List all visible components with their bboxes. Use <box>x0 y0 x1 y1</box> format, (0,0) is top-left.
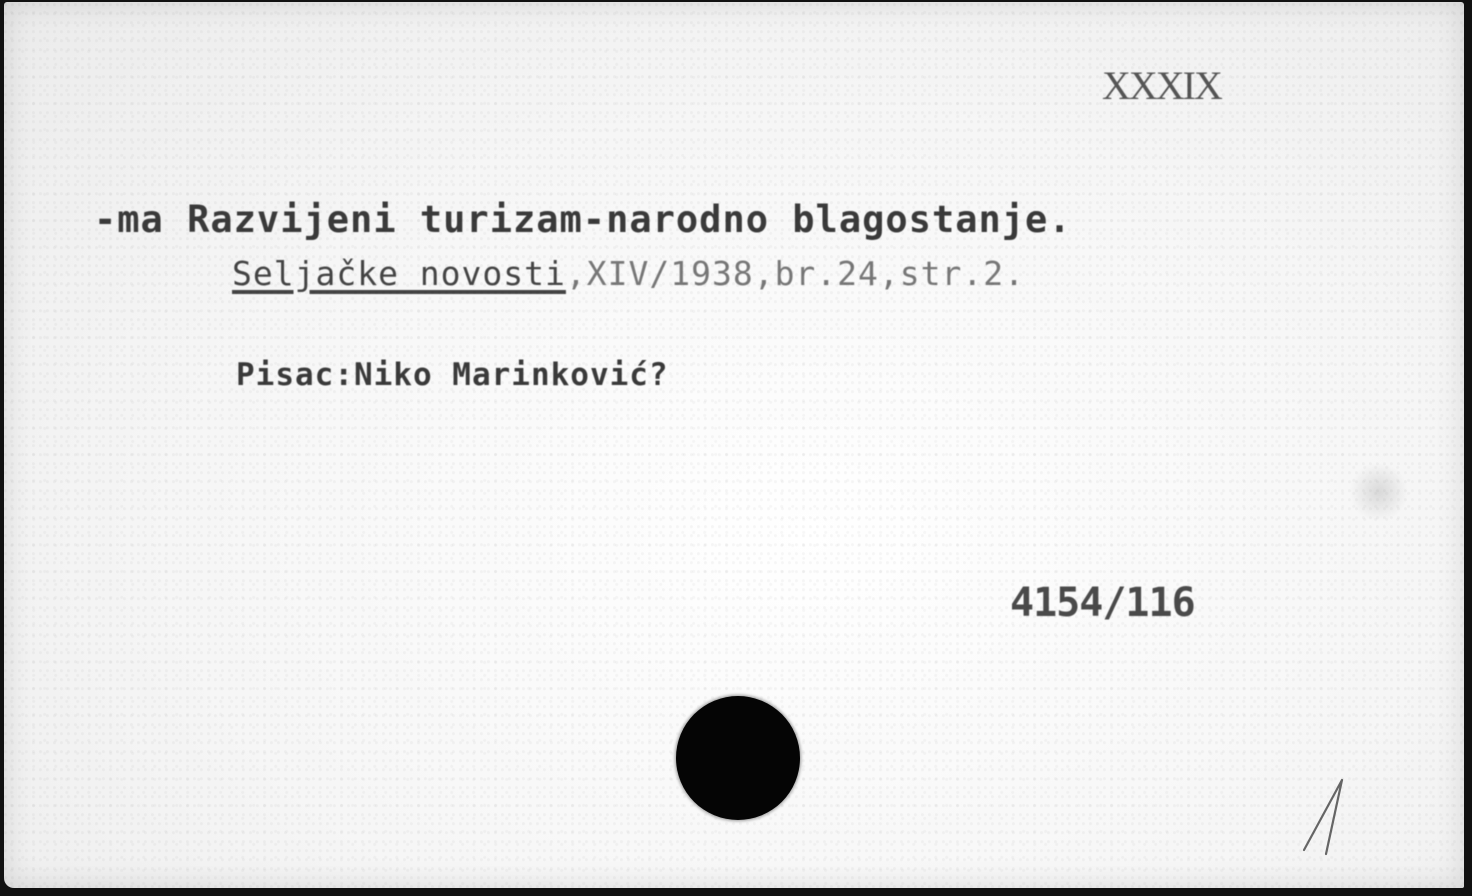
entry-prefix: -ma <box>94 198 164 241</box>
call-number: 4154/116 <box>1010 580 1195 626</box>
source-details: ,XIV/1938,br.24,str.2. <box>566 254 1025 293</box>
catalog-card: XXXIX -ma Razvijeni turizam-narodno blag… <box>4 2 1464 888</box>
entry-source-line: Seljačke novosti,XIV/1938,br.24,str.2. <box>232 254 1025 293</box>
section-number: XXXIX <box>1102 62 1221 109</box>
author-line: Pisac:Niko Marinković? <box>236 357 669 393</box>
pencil-mark-icon <box>1294 772 1364 862</box>
entry-title: Razvijeni turizam-narodno blagostanje. <box>187 198 1071 241</box>
scan-border <box>1464 0 1472 896</box>
entry-title-line: -ma Razvijeni turizam-narodno blagostanj… <box>94 198 1072 241</box>
stain-mark <box>1349 462 1409 522</box>
punch-hole <box>676 696 800 820</box>
source-publication: Seljačke novosti <box>232 254 566 293</box>
